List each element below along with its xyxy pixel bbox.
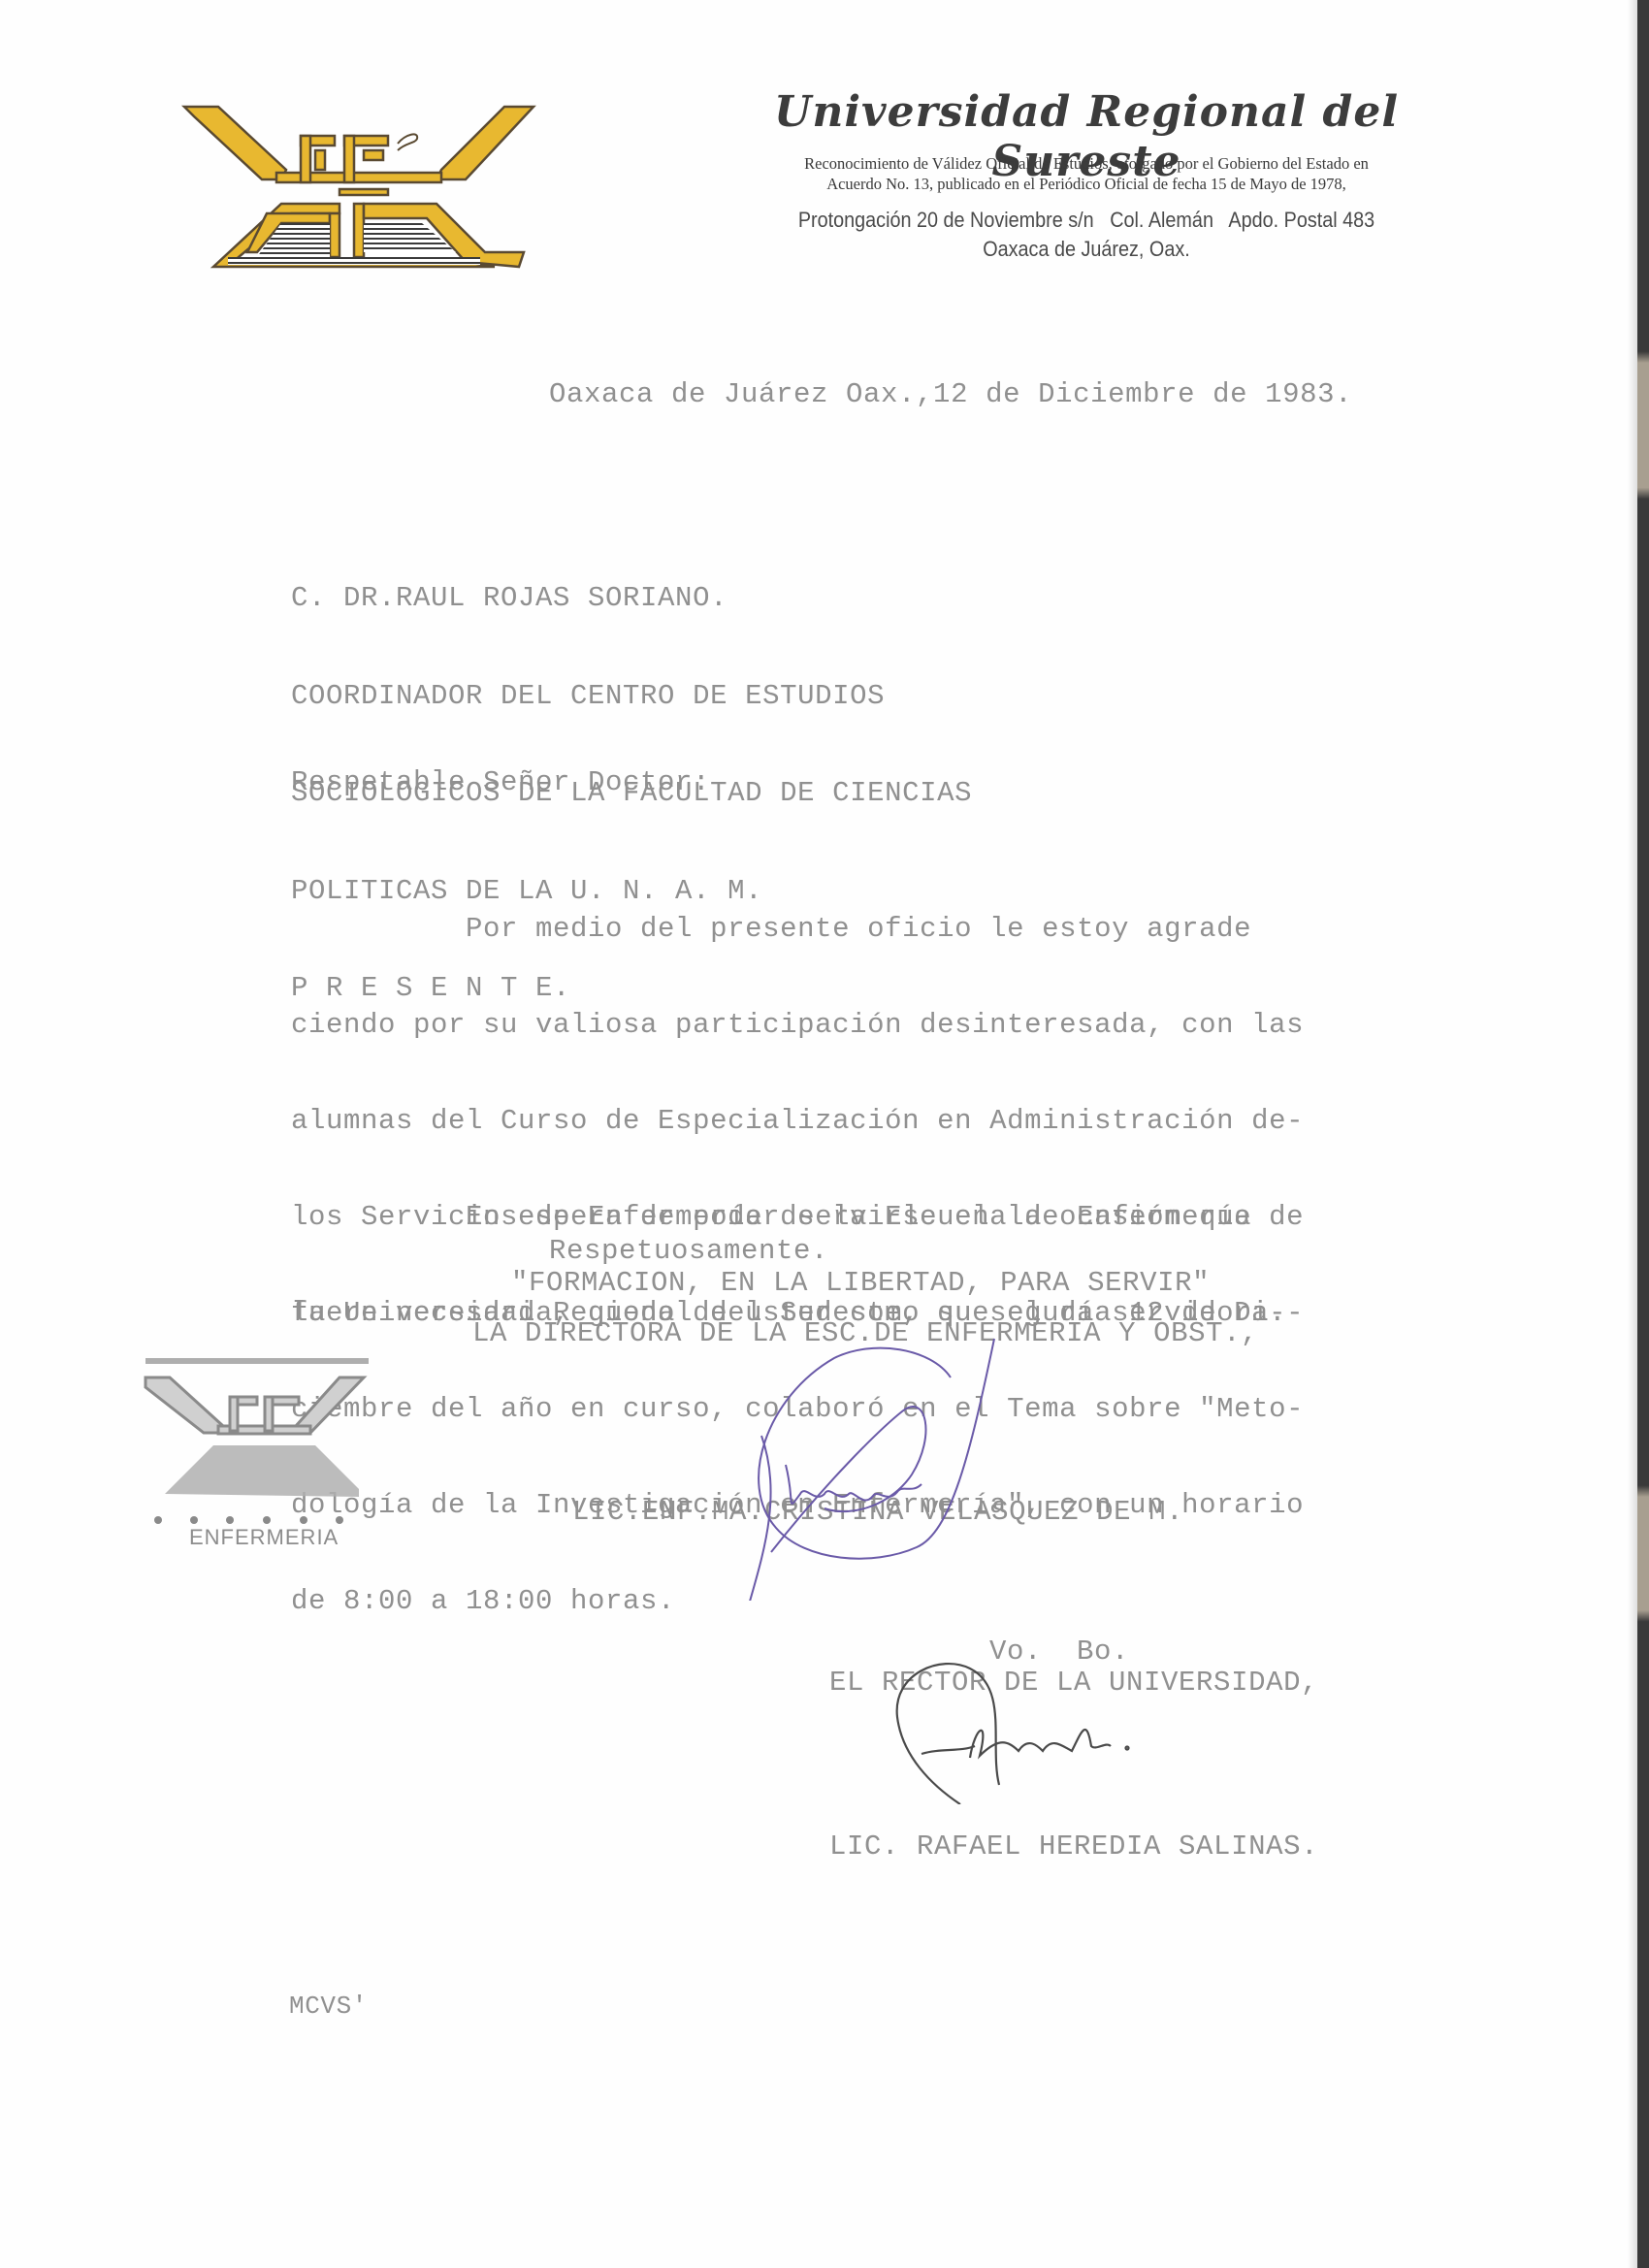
- university-fret-logo-icon: [175, 97, 543, 276]
- closing: Respetuosamente.: [549, 1235, 828, 1267]
- address-line-1: Protongación 20 de Noviembre s/n Col. Al…: [763, 206, 1409, 235]
- recognition-text: Reconocimiento de Válidez Oficial de Est…: [727, 153, 1445, 194]
- typist-initials: MCVS': [289, 1991, 368, 2023]
- recognition-line-2: Acuerdo No. 13, publicado en el Periódic…: [727, 174, 1445, 194]
- director-signature-icon: [679, 1339, 1048, 1601]
- stamp-label: ENFERMERIA: [189, 1525, 339, 1550]
- university-address: Protongación 20 de Noviembre s/n Col. Al…: [763, 206, 1409, 264]
- motto: "FORMACION, EN LA LIBERTAD, PARA SERVIR": [511, 1267, 1210, 1299]
- address-line-2: Oaxaca de Juárez, Oax.: [763, 235, 1409, 264]
- salutation: Respetable Señor Doctor:: [291, 766, 710, 798]
- paragraph-line: ciendo por su valiosa participación desi…: [291, 1009, 1304, 1041]
- letter-date: Oaxaca de Juárez Oax.,12 de Diciembre de…: [549, 378, 1352, 410]
- rector-signature-icon: [873, 1639, 1261, 1804]
- rector-name: LIC. RAFAEL HEREDIA SALINAS.: [829, 1831, 1318, 1863]
- recipient-line: COORDINADOR DEL CENTRO DE ESTUDIOS: [291, 680, 972, 713]
- paragraph-line: En espera de poder servirle en la ocasió…: [291, 1201, 1286, 1233]
- recognition-line-1: Reconocimiento de Válidez Oficial de Est…: [727, 153, 1445, 174]
- recipient-line: C. DR.RAUL ROJAS SORIANO.: [291, 582, 972, 615]
- paragraph-line: alumnas del Curso de Especialización en …: [291, 1105, 1304, 1137]
- scan-edge-shadow: [1628, 0, 1637, 2268]
- nursing-school-stamp-icon: [141, 1353, 373, 1547]
- paragraph-line: Por medio del presente oficio le estoy a…: [291, 913, 1304, 945]
- scan-edge-strip: [1637, 0, 1649, 2268]
